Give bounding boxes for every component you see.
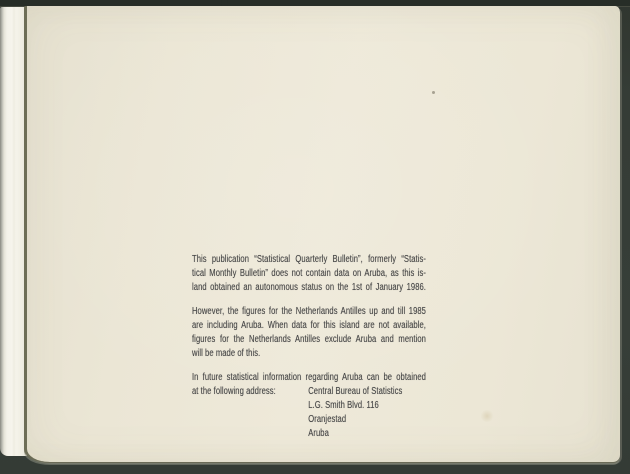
scanned-book-page-photo: This publication “Statistical Quarterly …	[0, 0, 630, 474]
text-line: will be made of this.	[192, 347, 426, 361]
address-line: Oranjestad	[308, 413, 402, 427]
text-block: This publication “Statistical Quarterly …	[192, 253, 426, 451]
text-line: land obtained an autonomous status on th…	[192, 281, 426, 295]
text-line: However, the figures for the Netherlands…	[192, 305, 426, 319]
address-line: Central Bureau of Statistics	[308, 385, 402, 399]
text-line: figures for the Netherlands Antilles exc…	[192, 333, 426, 347]
text-line: In future statistical information regard…	[192, 371, 426, 385]
address-line: Aruba	[308, 427, 402, 441]
page-stack-edge	[0, 7, 27, 456]
address-row: at the following address: Central Bureau…	[192, 385, 426, 441]
text-line: This publication “Statistical Quarterly …	[192, 253, 426, 267]
address-line: L.G. Smith Blvd. 116	[308, 399, 402, 413]
paper-speck	[432, 91, 435, 94]
paper-stain	[480, 410, 494, 422]
address-block: Central Bureau of Statistics L.G. Smith …	[308, 385, 402, 441]
text-line: tical Monthly Bulletin” does not contain…	[192, 267, 426, 281]
text-line: are including Aruba. When data for this …	[192, 319, 426, 333]
